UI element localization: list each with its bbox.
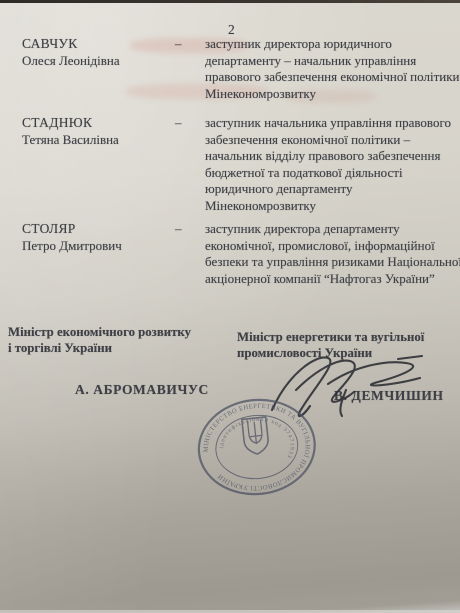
person-name: САВЧУК Олеся Леонідівна [22,36,175,69]
person-given-name: Олеся Леонідівна [22,53,175,70]
duty-line: безпеки та управління ризиками Національ… [205,254,460,271]
duty-line: департаменту – начальник управління [205,53,459,70]
duty-line: Мінекономрозвитку [205,86,459,103]
roster-entry: СТАДНЮК Тетяна Василівна – заступник нач… [22,115,451,215]
duty-line: акціонерної компанії “Нафтогаз України” [205,271,460,288]
minister-title-left-line2: і торгівлі України [8,340,191,356]
duty-line: правового забезпечення економічної політ… [205,69,459,86]
minister-title-left: Міністр економічного розвитку і торгівлі… [8,324,191,356]
photo-top-edge [0,0,460,3]
duty-line: заступник начальника управління правовог… [205,115,451,132]
minister-title-right-line1: Міністр енергетики та вугільної [237,329,424,345]
person-given-name: Петро Дмитрович [22,238,175,255]
person-surname: СТАДНЮК [22,115,175,132]
duty-line: начальник відділу правового забезпечення [205,148,451,165]
dash-separator: – [175,36,205,53]
ministry-seal: МІНІСТЕРСТВО ЕНЕРГЕТИКИ ТА ВУГІЛЬНОЇ ПРО… [180,383,334,515]
person-given-name: Тетяна Василівна [22,132,175,149]
person-surname: СТОЛЯР [22,221,175,238]
person-name: СТОЛЯР Петро Дмитрович [22,221,175,254]
duty-line: заступник директора департаменту [205,221,460,238]
duty-line: Мінекономрозвитку [205,198,451,215]
person-surname: САВЧУК [22,36,175,53]
dash-separator: – [175,221,205,238]
roster-entry: СТОЛЯР Петро Дмитрович – заступник дирек… [22,221,460,287]
person-duties: заступник директора департаменту економі… [205,221,460,287]
minister-title-left-line1: Міністр економічного розвитку [8,324,191,340]
person-duties: заступник директора юридичного департаме… [205,36,459,102]
seal-outer-ring [194,394,319,500]
duty-line: економічної, промислової, інформаційної [205,238,460,255]
document-page: 2 САВЧУК Олеся Леонідівна – заступник ди… [0,0,460,613]
roster-entry: САВЧУК Олеся Леонідівна – заступник дире… [22,36,459,102]
minister-name-left: А. АБРОМАВИЧУС [75,382,209,398]
dash-separator: – [175,115,205,132]
duty-line: заступник директора юридичного [205,36,459,53]
duty-line: забезпечення економічної політики – [205,132,451,149]
person-duties: заступник начальника управління правовог… [205,115,451,215]
duty-line: юридичного департаменту [205,181,451,198]
duty-line: бюджетної та податкової діяльності [205,165,451,182]
person-name: СТАДНЮК Тетяна Василівна [22,115,175,148]
